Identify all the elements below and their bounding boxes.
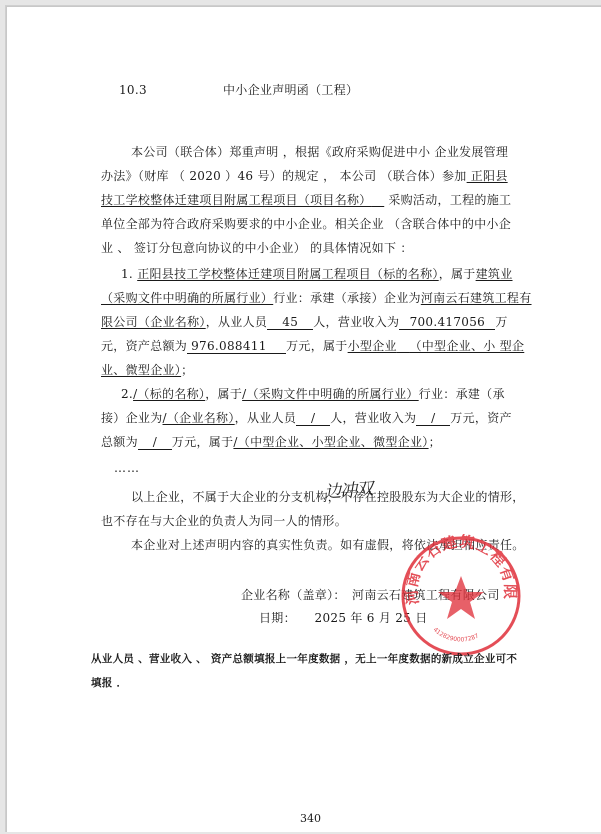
item1-number: 1. xyxy=(121,267,133,281)
item2-line-3: 总额为/万元，属于/（中型企业、小型企业、微型企业）； xyxy=(101,435,441,450)
item1-line-3: 限公司（企业名称），从业人员45人，营业收入为700.417056万 xyxy=(101,315,508,330)
intro-line-3-suffix: 采购活动，工程的施工 xyxy=(384,193,511,207)
section-number: 10.3 xyxy=(119,83,147,97)
intro-line-1: 本公司（联合体）郑重声明 ，根据《政府采购促进中小 企业发展管理 xyxy=(131,145,508,159)
item1-company-b: 限公司（企业名称） xyxy=(101,315,206,329)
item1-size: 小型企业 xyxy=(348,339,397,353)
item1-assets-label: 元，资产总额为 xyxy=(101,339,187,353)
item1-line-4: 元，资产总额为976.088411万元，属于小型企业 （中型企业、小 型企 xyxy=(101,339,524,354)
company-name-label: 企业名称（盖章）： xyxy=(241,588,346,602)
item2-number: 2. xyxy=(121,387,133,401)
item2-revenue-value: / xyxy=(416,412,450,426)
seal-code: 4128290007287 xyxy=(432,626,481,643)
item1-staff-value: 45 xyxy=(267,316,313,330)
item1-revenue-value: 700.417056 xyxy=(399,316,495,330)
intro-line-2-prefix: 办法》（财库 （ 2020 ）46 号）的规定 ， 本公司 （联合体）参加 xyxy=(101,169,467,183)
item1-size-options-b: 业、微型企业） xyxy=(101,363,181,377)
company-name-row: 企业名称（盖章）： 河南云石建筑工程有限公司 xyxy=(241,588,500,602)
date-row: 日期： 2025 年 6 月 25 日 xyxy=(259,611,428,625)
intro-line-4: 单位全部为符合政府采购要求的中小企业。相关企业 （含联合体中的中小企 xyxy=(101,217,511,231)
item1-size-options-a: （中型企业、小 型企 xyxy=(409,339,524,353)
item2-industry: /（采购文件中明确的所属行业） xyxy=(242,387,419,401)
item2-contractor-label-b: 接）企业为 xyxy=(101,411,163,425)
item2-size: /（中型企业、小型企业、微型企业） xyxy=(233,435,428,449)
item1-revenue-unit: 万 xyxy=(495,315,507,329)
company-name-value: 河南云石建筑工程有限公司 xyxy=(352,588,500,602)
item1-bid-name: 正阳县技工学校整体迁建项目附属工程项目（标的名称） xyxy=(137,267,439,281)
item1-industry-a: 建筑业 xyxy=(476,267,513,281)
item2-assets-value: / xyxy=(138,436,172,450)
project-name-part-2: 技工学校整体迁建项目附属工程项目（项目名称） xyxy=(101,193,372,207)
statement-line-1: 以上企业，不属于大企业的分支机构，不存在控股股东为大企业的情形， xyxy=(131,490,525,504)
item2-end: ； xyxy=(429,435,441,449)
item1-assets-value: 976.088411 xyxy=(187,340,286,354)
intro-line-5: 业 、 签订分包意向协议的中小企业） 的具体情况如下 ： xyxy=(101,241,413,255)
svg-text:4128290007287: 4128290007287 xyxy=(432,626,481,643)
item2-contractor-label-a: 行业：承建（承 xyxy=(419,387,505,401)
intro-line-3: 技工学校整体迁建项目附属工程项目（项目名称） 采购活动，工程的施工 xyxy=(101,193,511,207)
page-number: 340 xyxy=(300,812,321,825)
item1-assets-unit: 万元，属于 xyxy=(286,339,348,353)
item1-staff-unit: 人，营业收入为 xyxy=(313,315,399,329)
item2-belongs-label: ，属于 xyxy=(205,387,242,401)
document-page: 10.3 中小企业声明函（工程） 本公司（联合体）郑重声明 ，根据《政府采购促进… xyxy=(5,5,601,832)
item1-end: ； xyxy=(181,363,193,377)
item2-line-1: 2./（标的名称），属于/（采购文件中明确的所属行业）行业：承建（承 xyxy=(121,387,505,401)
item2-staff-value: / xyxy=(296,412,330,426)
item2-revenue-unit: 万元，资产 xyxy=(450,411,512,425)
page-title: 中小企业声明函（工程） xyxy=(223,83,358,97)
date-value: 2025 年 6 月 25 日 xyxy=(315,611,428,625)
item1-line-1: 1. 正阳县技工学校整体迁建项目附属工程项目（标的名称），属于建筑业 xyxy=(121,267,513,281)
document-viewer: 10.3 中小企业声明函（工程） 本公司（联合体）郑重声明 ，根据《政府采购促进… xyxy=(0,0,601,834)
item1-company-a: 河南云石建筑工程有 xyxy=(421,291,532,305)
ellipsis: …… xyxy=(114,461,140,475)
project-name-part-1: 正阳县 xyxy=(467,169,508,183)
date-label: 日期： xyxy=(259,611,296,625)
item1-belongs-label: ，属于 xyxy=(439,267,476,281)
item2-line-2: 接）企业为/（企业名称），从业人员/人，营业收入为/万元，资产 xyxy=(101,411,512,426)
statement-line-2: 也不存在与大企业的负责人为同一人的情形。 xyxy=(101,514,347,528)
footnote-line-1: 从业人员 、营业收入 、 资产总额填报上一年度数据 ，无上一年度数据的新成立企业… xyxy=(91,652,517,666)
item2-staff-label: ，从业人员 xyxy=(235,411,297,425)
intro-line-2: 办法》（财库 （ 2020 ）46 号）的规定 ， 本公司 （联合体）参加 正阳… xyxy=(101,169,508,183)
item1-line-2: （采购文件中明确的所属行业）行业：承建（承接）企业为河南云石建筑工程有 xyxy=(101,291,532,305)
item2-assets-unit: 万元，属于 xyxy=(172,435,234,449)
item1-contractor-label: 行业：承建（承接）企业为 xyxy=(273,291,421,305)
item2-bid-name: /（标的名称） xyxy=(133,387,205,401)
item1-industry-b: （采购文件中明确的所属行业） xyxy=(101,291,273,305)
footnote-line-2: 填报 ． xyxy=(91,676,127,690)
statement-line-3: 本企业对上述声明内容的真实性负责。如有虚假，将依法承担相应责任。 xyxy=(131,538,525,552)
item2-staff-unit: 人，营业收入为 xyxy=(330,411,416,425)
item2-company: /（企业名称） xyxy=(163,411,235,425)
item1-line-5: 业、微型企业）； xyxy=(101,363,193,377)
item2-assets-label: 总额为 xyxy=(101,435,138,449)
item1-staff-label: ，从业人员 xyxy=(206,315,268,329)
